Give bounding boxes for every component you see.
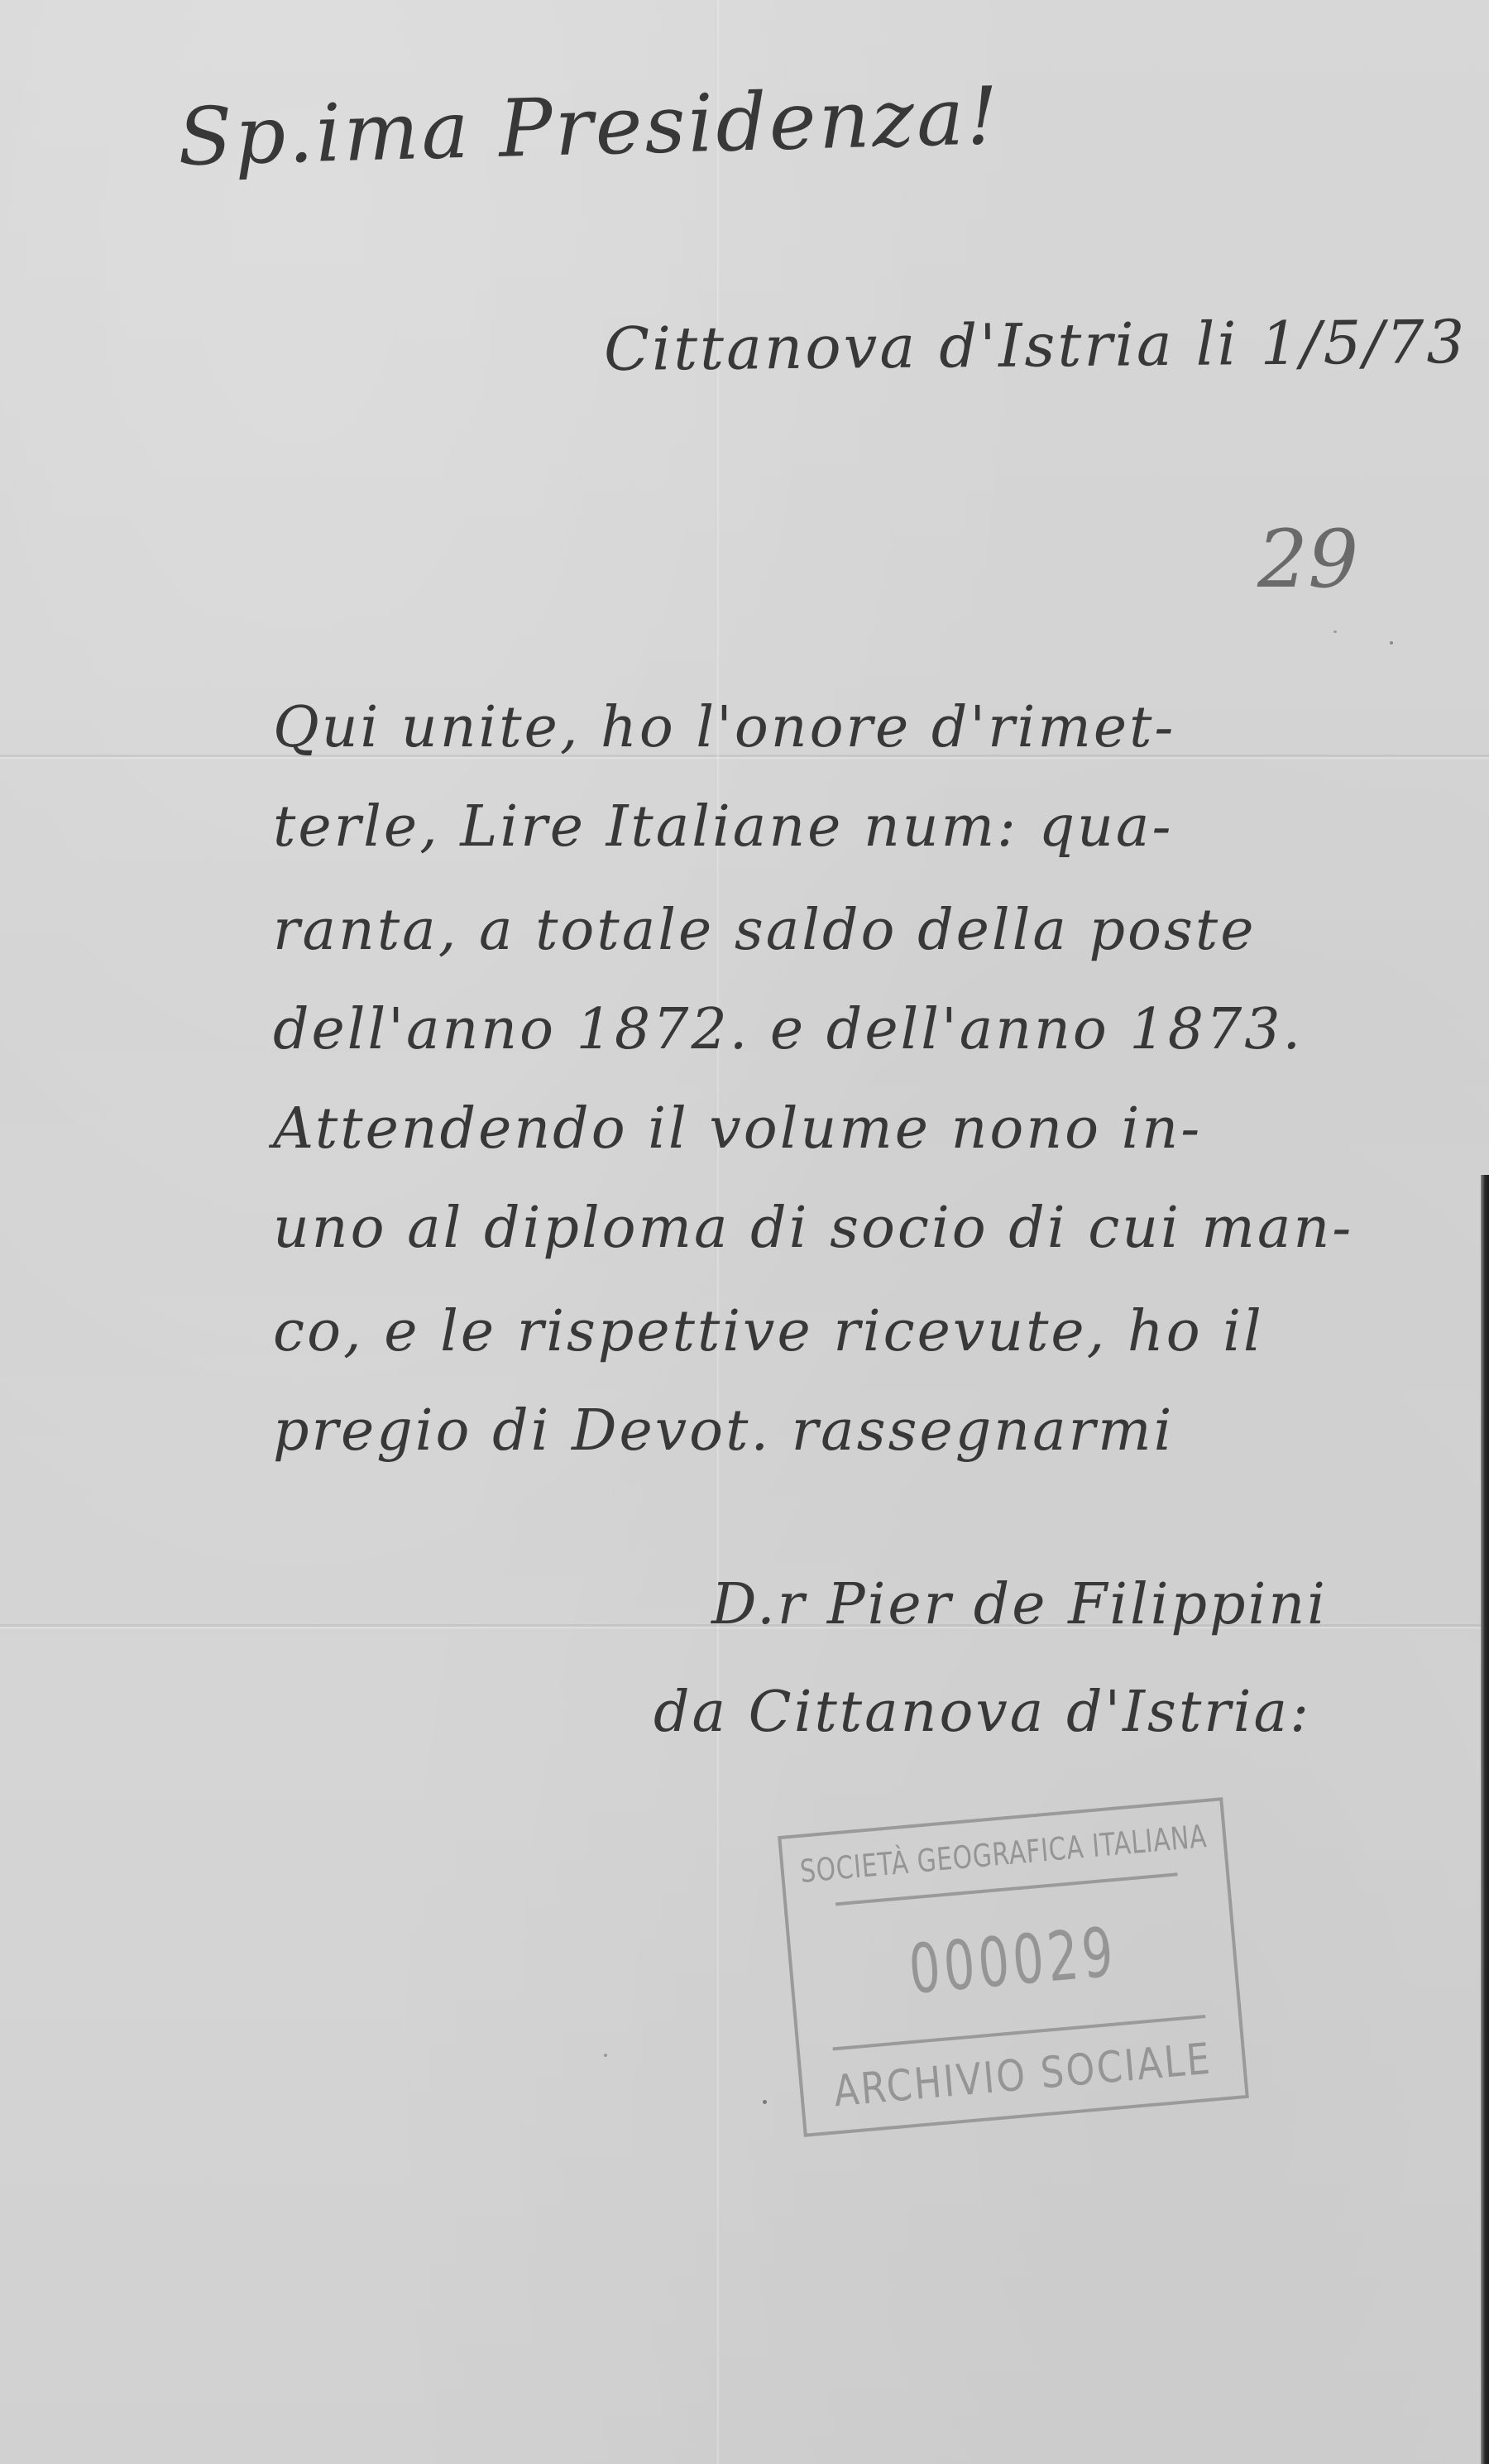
letter-page: Sp.ima Presidenza! Cittanova d'Istria li… [0,0,1489,2464]
body-line: co, e le rispettive ricevute, ho il [273,1299,1264,1364]
body-line: Qui unite, ho l'onore d'rimet- [273,695,1175,760]
body-line: uno al diploma di socio di cui man- [273,1196,1353,1261]
salutation: Sp.ima Presidenza! [177,70,1003,184]
body-line: terle, Lire Italiane num: qua- [273,794,1173,860]
signature-name: D.r Pier de Filippini [711,1572,1328,1637]
pencil-page-number: 29 [1257,513,1358,606]
scan-edge-shadow [1481,1175,1489,2464]
body-line: dell'anno 1872. e dell'anno 1873. [273,997,1303,1062]
body-line: ranta, a totale saldo della poste [273,898,1256,963]
date-line: Cittanova d'Istria li 1/5/73 [604,307,1467,384]
body-line: pregio di Devot. rassegnarmi [273,1398,1174,1464]
signature-origin: da Cittanova d'Istria: [654,1680,1311,1745]
stamp-number: 000029 [849,1877,1176,2045]
archive-stamp: SOCIETÀ GEOGRAFICA ITALIANA 000029 ARCHI… [778,1797,1249,2137]
body-line: Attendendo il volume nono in- [273,1096,1202,1162]
